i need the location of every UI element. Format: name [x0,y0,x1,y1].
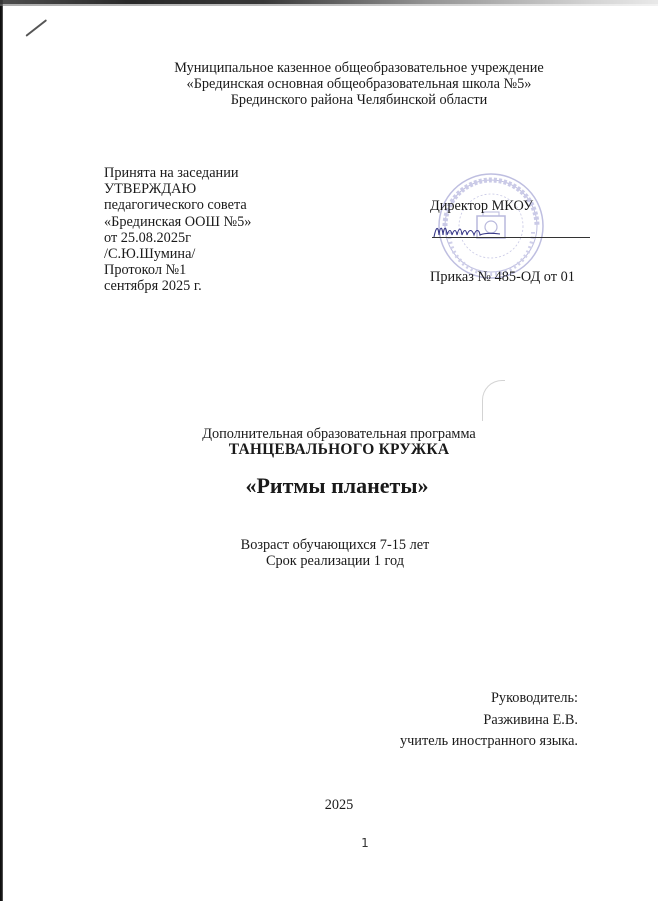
director-title: Директор МКОУ [430,198,575,214]
scan-edge-top-shadow [0,4,658,6]
approval-line-6: /С.Ю.Шумина/ [104,246,251,262]
leader-label: Руководитель: [400,688,578,710]
approval-line-4: «Брединская ООШ №5» [104,214,251,230]
program-title-block: Дополнительная образовательная программа… [10,426,658,458]
program-age: Возраст обучающихся 7-15 лет [6,537,658,553]
program-type: ТАНЦЕВАЛЬНОГО КРУЖКА [10,442,658,458]
order-number: Приказ № 485-ОД от 01 [430,269,575,285]
scan-edge-left [0,0,3,901]
director-signature-icon [432,221,502,241]
header-line-2: «Брединская основная общеобразовательная… [30,76,658,92]
leader-position: учитель иностранного языка. [400,731,578,753]
approval-right-block: Директор МКОУ Приказ № 485-ОД от 01 [430,198,575,285]
leader-block: Руководитель: Разживина Е.В. учитель ино… [400,688,578,753]
approval-line-5: от 25.08.2025г [104,230,251,246]
approval-left-block: Принята на заседании УТВЕРЖДАЮ педагогич… [104,165,251,295]
signature-line [432,237,590,238]
approval-line-7: Протокол №1 [104,262,251,278]
approval-line-8: сентября 2025 г. [104,278,251,294]
pen-mark [25,19,47,37]
program-subtitle: Дополнительная образовательная программа [10,426,658,442]
faint-arc-mark [482,380,505,421]
program-name: «Ритмы планеты» [8,473,658,499]
header-line-3: Брединского района Челябинской области [30,92,658,108]
program-meta: Возраст обучающихся 7-15 лет Срок реализ… [6,537,658,569]
approval-line-3: педагогического совета [104,197,251,213]
document-year: 2025 [10,797,658,814]
approval-line-2: УТВЕРЖДАЮ [104,181,251,197]
leader-name: Разживина Е.В. [400,710,578,732]
page-number: 1 [36,836,658,850]
institution-header: Муниципальное казенное общеобразовательн… [30,60,658,108]
header-line-1: Муниципальное казенное общеобразовательн… [30,60,658,76]
approval-line-1: Принята на заседании [104,165,251,181]
program-duration: Срок реализации 1 год [6,553,658,569]
